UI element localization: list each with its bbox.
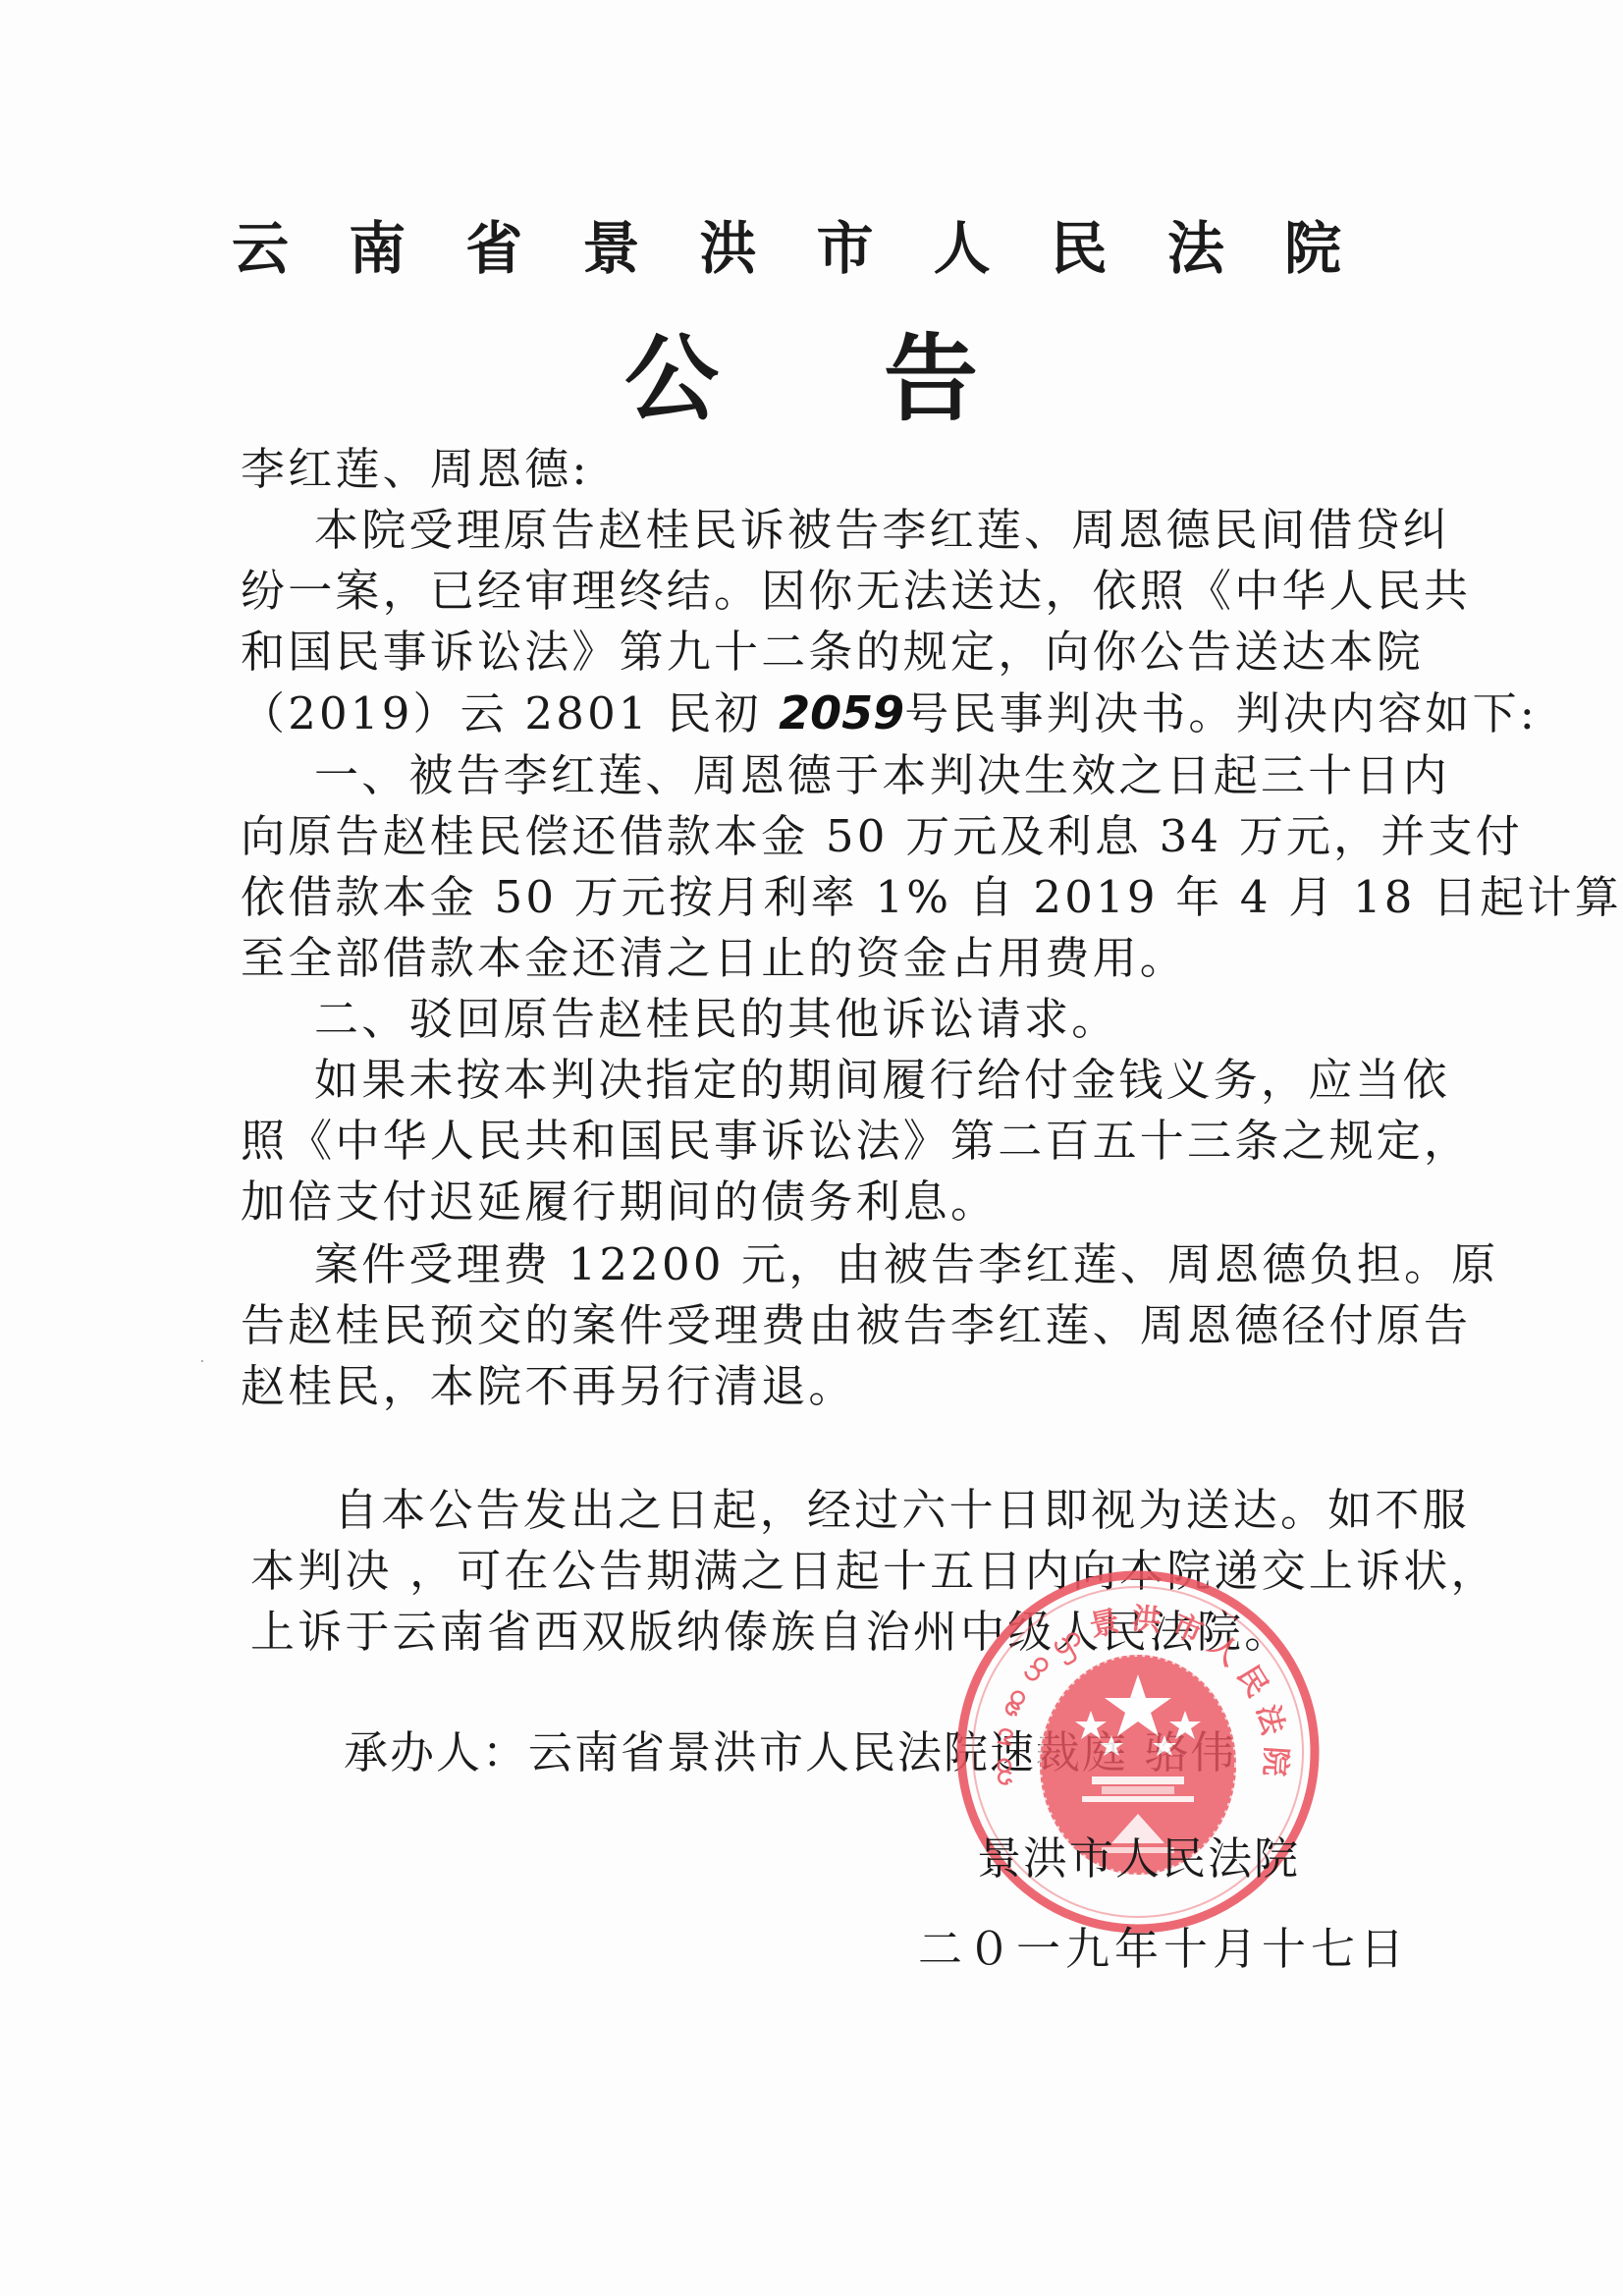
judgment-item1-line: 一、被告李红莲、周恩德于本判决生效之日起三十日内: [314, 746, 1458, 805]
heading-char: 景: [582, 202, 639, 285]
appeal-line: 上诉于云南省西双版纳傣族自治州中级人民法院。: [250, 1603, 1394, 1662]
para1-line: 和国民事诉讼法》第九十二条的规定，向你公告送达本院: [241, 623, 1384, 682]
judgment-item2: 二、驳回原告赵桂民的其他诉讼请求。: [314, 990, 1458, 1049]
addressee: 李红莲、周恩德:: [241, 440, 1384, 499]
late-payment-line: 如果未按本判决指定的期间履行给付金钱义务，应当依: [314, 1051, 1458, 1110]
heading-char: 人: [934, 202, 991, 285]
heading-char: 民: [1051, 202, 1108, 285]
judgment-item1-line: 至全部借款本金还清之日止的资金占用费用。: [241, 929, 1384, 988]
heading-char: 院: [1284, 202, 1341, 285]
appeal-line: 自本公告发出之日起，经过六十日即视为送达。如不服: [334, 1481, 1375, 1540]
case-handler: 承办人：云南省景洪市人民法院速裁庭 骆伟: [344, 1723, 1236, 1782]
case-number-prefix: （2019）云 2801 民初: [241, 687, 779, 739]
handwritten-case-number: 2059: [779, 686, 904, 739]
heading-char: 洪: [699, 202, 756, 285]
case-number-suffix: 号民事判决书。判决内容如下:: [904, 687, 1538, 739]
para1-line: 纷一案，已经审理终结。因你无法送达，依照《中华人民共: [241, 562, 1384, 621]
fees-line: 告赵桂民预交的案件受理费由被告李红莲、周恩德径付原告: [241, 1296, 1384, 1355]
document-page: 云 南 省 景 洪 市 人 民 法 院 公 告 李红莲、周恩德: 本院受理原告赵…: [0, 0, 1623, 2296]
late-payment-line: 加倍支付迟延履行期间的债务利息。: [241, 1173, 1384, 1231]
heading-char: 省: [465, 202, 522, 285]
heading-char: 公: [624, 304, 719, 439]
heading-char: 云: [232, 202, 289, 285]
issue-date: 二０一九年十月十七日: [918, 1920, 1409, 1979]
heading-char: 法: [1167, 202, 1224, 285]
scan-speck: [201, 1360, 203, 1362]
judgment-item1-line: 向原告赵桂民偿还借款本金 50 万元及利息 34 万元，并支付: [241, 807, 1384, 866]
document-type-heading: 公 告: [624, 304, 978, 439]
fees-line: 赵桂民，本院不再另行清退。: [241, 1357, 1384, 1416]
heading-char: 市: [817, 202, 874, 285]
heading-char: 告: [884, 304, 978, 439]
fees-line: 案件受理费 12200 元，由被告李红莲、周恩德负担。原: [314, 1235, 1458, 1294]
para1-line: 本院受理原告赵桂民诉被告李红莲、周恩德民间借贷纠: [314, 501, 1458, 560]
issuing-court: 景洪市人民法院: [977, 1830, 1300, 1888]
para1-line: （2019）云 2801 民初 2059号民事判决书。判决内容如下:: [241, 683, 1384, 743]
late-payment-line: 照《中华人民共和国民事诉讼法》第二百五十三条之规定，: [241, 1112, 1384, 1171]
heading-char: 南: [349, 202, 406, 285]
judgment-item1-line: 依借款本金 50 万元按月利率 1% 自 2019 年 4 月 18 日起计算: [241, 868, 1384, 927]
appeal-line: 本判决 ，可在公告期满之日起十五日内向本院递交上诉状，: [250, 1542, 1394, 1601]
court-name-heading: 云 南 省 景 洪 市 人 民 法 院: [232, 202, 1341, 285]
